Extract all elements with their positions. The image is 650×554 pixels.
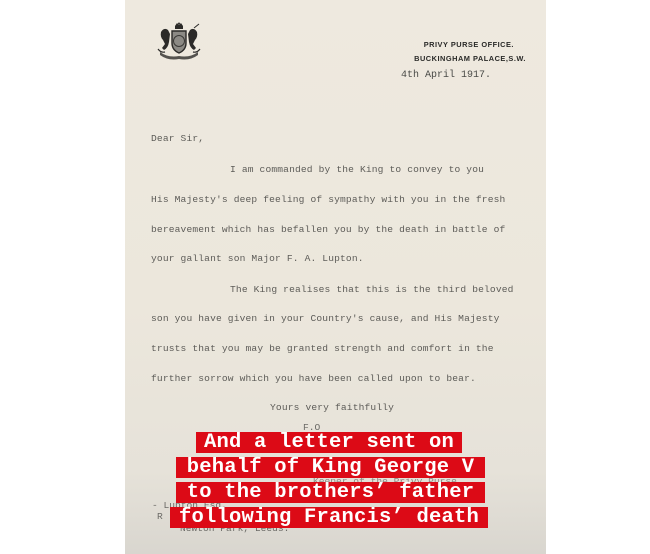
caption-line-4[interactable]: following Francis’ death — [170, 507, 488, 528]
caption-line-2[interactable]: behalf of King George V — [176, 457, 485, 478]
letterhead-office: PRIVY PURSE OFFICE. — [414, 38, 514, 52]
body-line-1: I am commanded by the King to convey to … — [230, 164, 484, 175]
letterhead: PRIVY PURSE OFFICE. BUCKINGHAM PALACE,S.… — [414, 38, 526, 66]
body-line-5: The King realises that this is the third… — [230, 284, 514, 295]
royal-coat-of-arms-icon — [156, 22, 202, 62]
body-line-2: His Majesty's deep feeling of sympathy w… — [151, 194, 505, 205]
closing: Yours very faithfully — [270, 402, 394, 413]
letterhead-address: BUCKINGHAM PALACE,S.W. — [414, 52, 526, 66]
body-line-6: son you have given in your Country's cau… — [151, 313, 500, 324]
body-line-8: further sorrow which you have been calle… — [151, 373, 476, 384]
caption-line-1[interactable]: And a letter sent on — [196, 432, 462, 453]
story-frame: PRIVY PURSE OFFICE. BUCKINGHAM PALACE,S.… — [0, 0, 650, 554]
salutation: Dear Sir, — [151, 133, 204, 144]
letter-date: 4th April 1917. — [401, 70, 491, 81]
body-line-7: trusts that you may be granted strength … — [151, 343, 494, 354]
addressee-line-2: R — [157, 511, 163, 522]
body-line-3: bereavement which has befallen you by th… — [151, 224, 505, 235]
caption-line-3[interactable]: to the brothers’ father — [176, 482, 485, 503]
body-line-4: your gallant son Major F. A. Lupton. — [151, 253, 364, 264]
